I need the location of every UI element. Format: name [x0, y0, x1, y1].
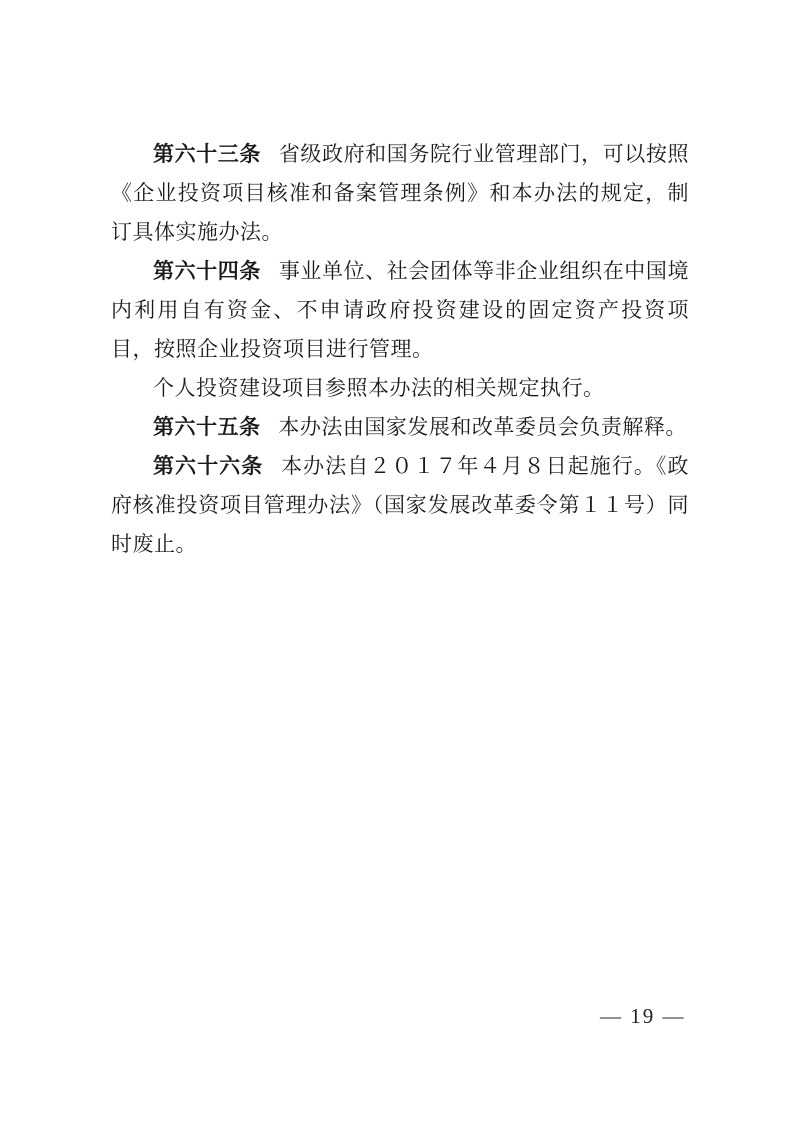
article-64-number: 第六十四条	[153, 260, 261, 283]
article-65-paragraph: 第六十五条本办法由国家发展和改革委员会负责解释。	[111, 408, 689, 447]
article-66-number: 第六十六条	[153, 455, 263, 478]
document-page: 第六十三条省级政府和国务院行业管理部门，可以按照《企业投资项目核准和备案管理条例…	[0, 0, 800, 1131]
article-66-paragraph: 第六十六条本办法自２０１７年４月８日起施行。《政府核准投资项目管理办法》（国家发…	[111, 447, 689, 564]
individual-investment-paragraph: 个人投资建设项目参照本办法的相关规定执行。	[111, 369, 689, 408]
article-63-paragraph: 第六十三条省级政府和国务院行业管理部门，可以按照《企业投资项目核准和备案管理条例…	[111, 135, 689, 252]
article-63-number: 第六十三条	[153, 143, 261, 166]
individual-investment-text: 个人投资建设项目参照本办法的相关规定执行。	[153, 376, 605, 400]
article-65-number: 第六十五条	[153, 416, 261, 439]
document-body: 第六十三条省级政府和国务院行业管理部门，可以按照《企业投资项目核准和备案管理条例…	[111, 135, 689, 564]
article-65-text: 本办法由国家发展和改革委员会负责解释。	[278, 415, 687, 439]
page-number: — 19 —	[600, 1004, 690, 1029]
article-64-paragraph: 第六十四条事业单位、社会团体等非企业组织在中国境内利用自有资金、不申请政府投资建…	[111, 252, 689, 369]
